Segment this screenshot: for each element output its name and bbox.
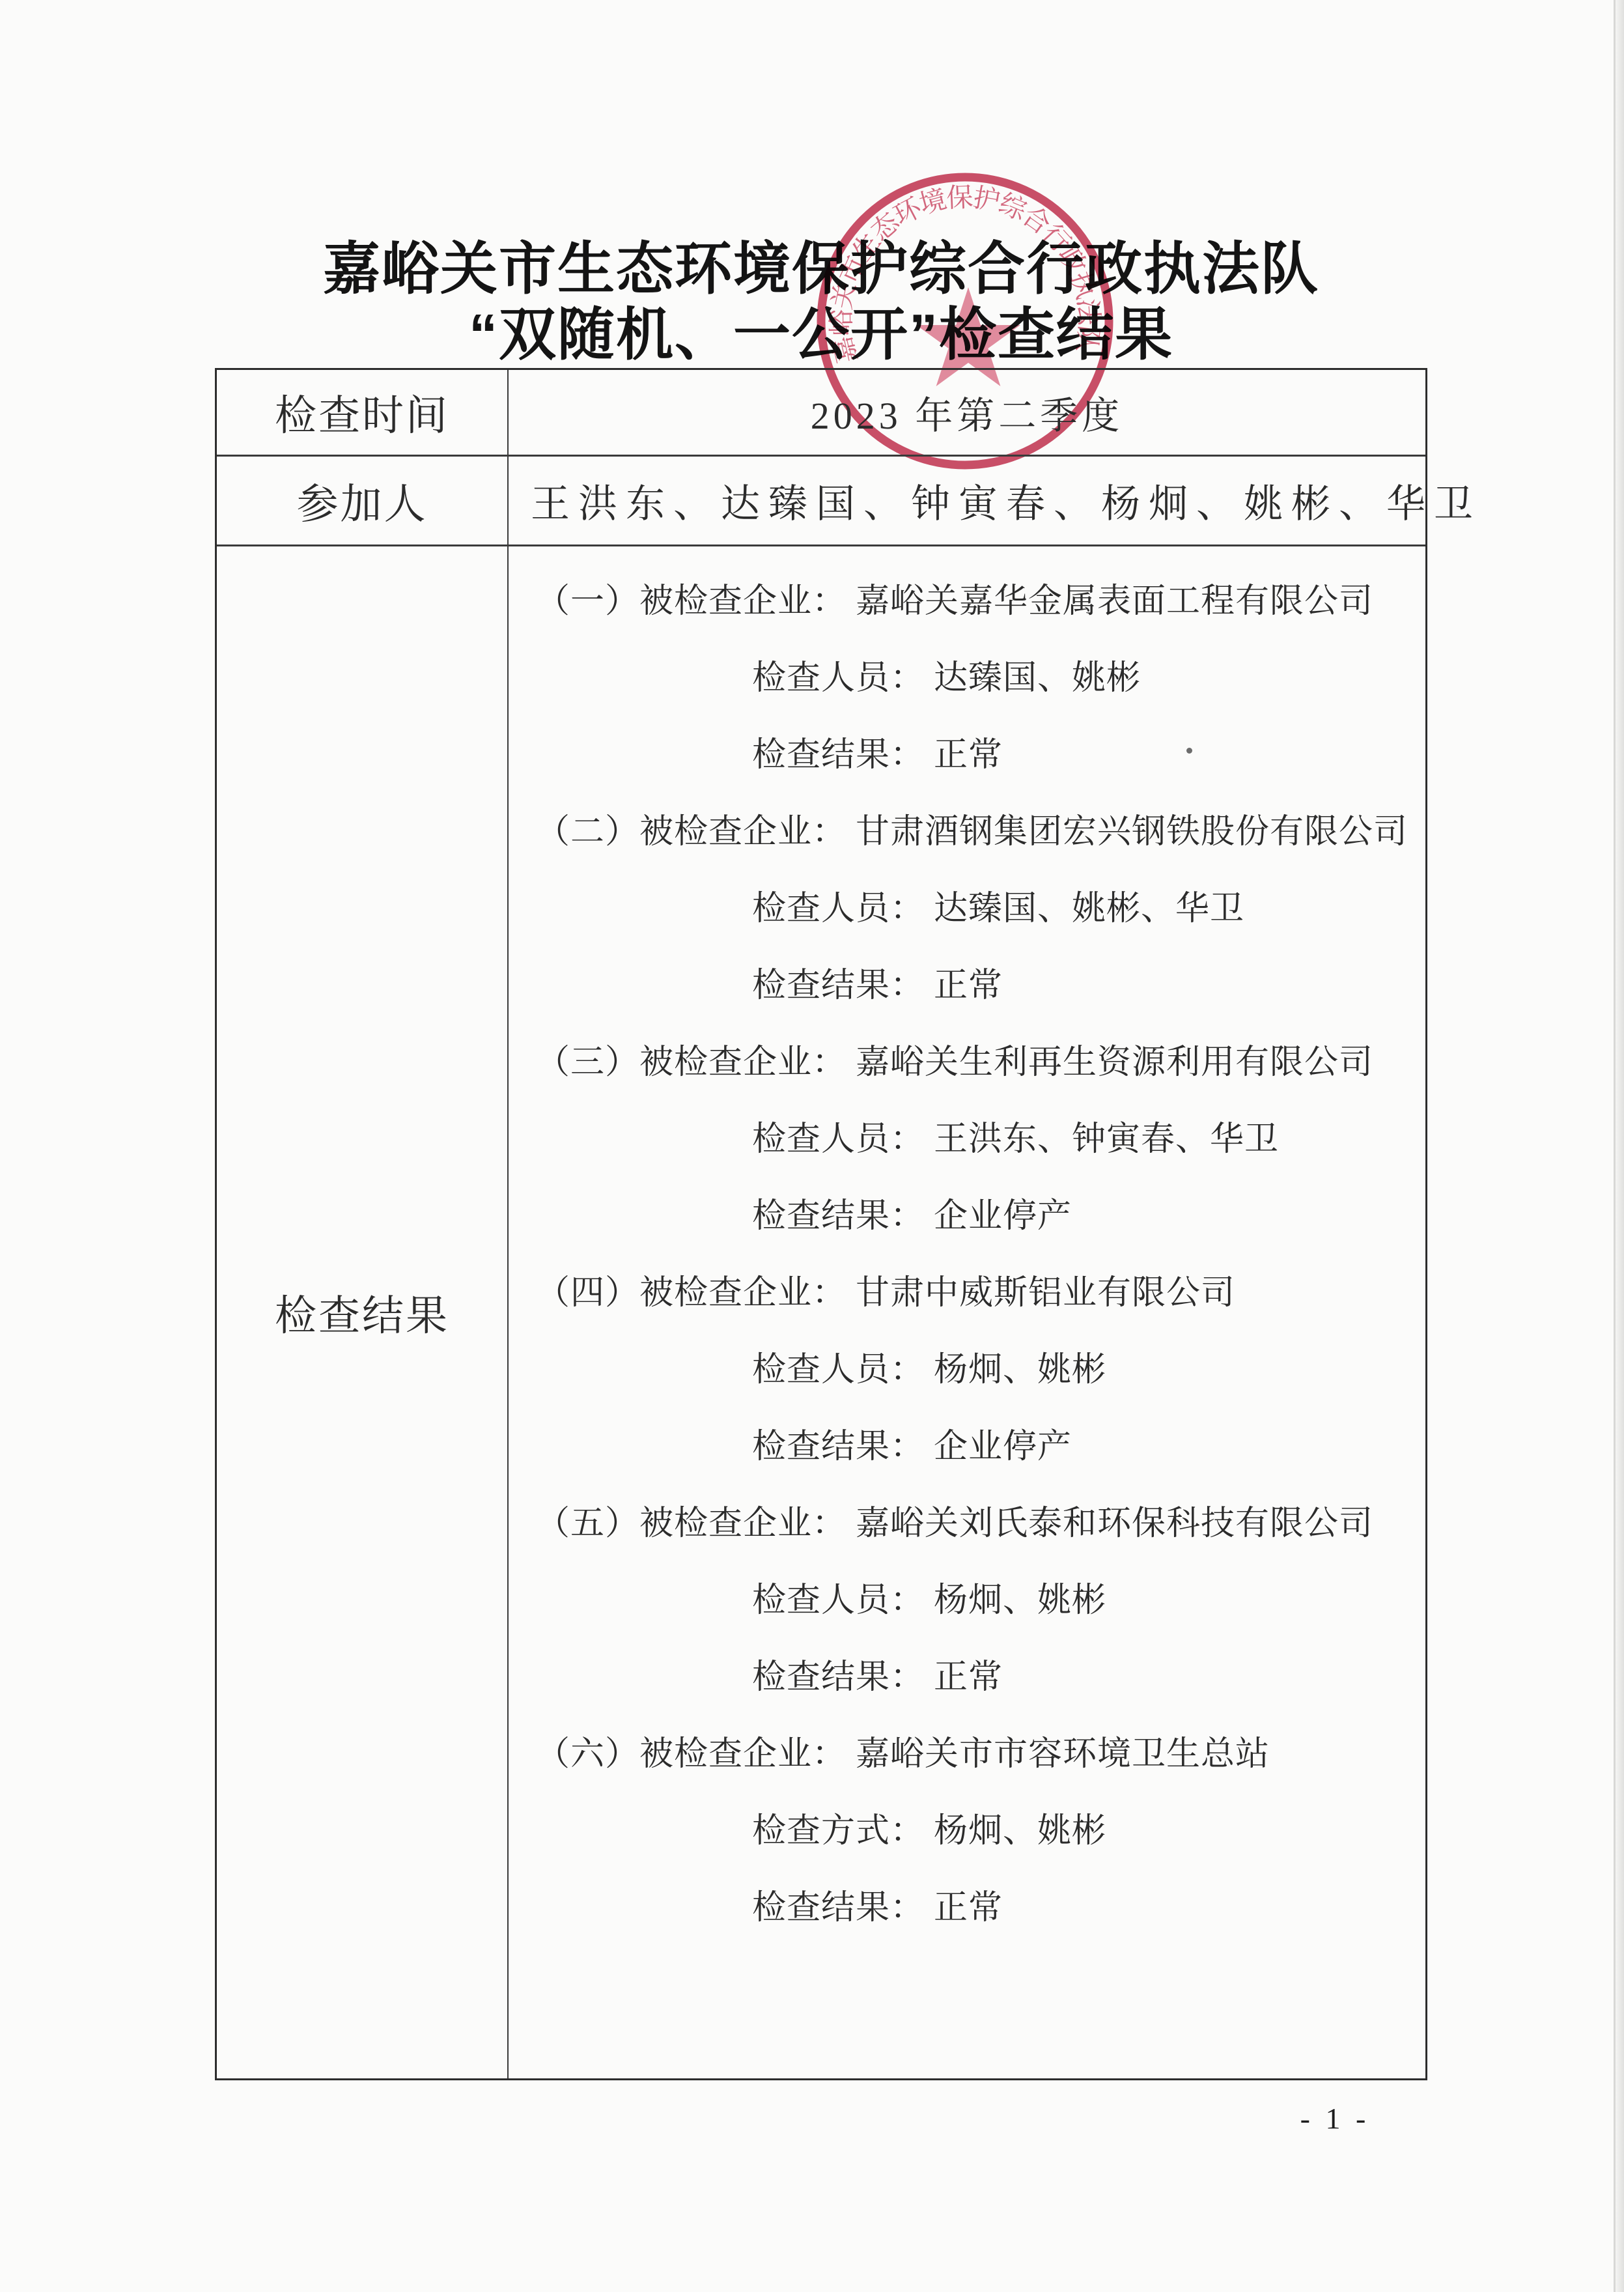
result-item-4-result: 检查结果： 企业停产 (509, 1409, 1425, 1486)
table-row-results: 检查结果 （一）被检查企业： 嘉峪关嘉华金属表面工程有限公司 检查人员： 达臻国… (217, 546, 1425, 2078)
title-line-2: “双随机、一公开”检查结果 (9, 302, 1624, 367)
table-row-time: 检查时间 2023 年第二季度 (217, 370, 1425, 457)
result-item-6-company: （六）被检查企业： 嘉峪关市市容环境卫生总站 (509, 1716, 1425, 1793)
row-results-content: （一）被检查企业： 嘉峪关嘉华金属表面工程有限公司 检查人员： 达臻国、姚彬 检… (509, 546, 1425, 2078)
inspection-table: 检查时间 2023 年第二季度 参加人 王洪东、达臻国、钟寅春、杨炯、姚彬、华卫… (215, 368, 1427, 2080)
document-title: 嘉峪关市生态环境保护综合行政执法队 “双随机、一公开”检查结果 (9, 236, 1624, 367)
row-time-value: 2023 年第二季度 (509, 370, 1425, 455)
result-item-4-inspectors: 检查人员： 杨炯、姚彬 (509, 1332, 1425, 1409)
result-item-3-inspectors: 检查人员： 王洪东、钟寅春、华卫 (509, 1101, 1425, 1178)
ink-speck-artifact (1186, 748, 1192, 754)
title-line-1: 嘉峪关市生态环境保护综合行政执法队 (9, 236, 1624, 302)
result-item-2-result: 检查结果： 正常 (509, 948, 1425, 1025)
table-row-participants: 参加人 王洪东、达臻国、钟寅春、杨炯、姚彬、华卫 (217, 457, 1425, 546)
result-item-2-inspectors: 检查人员： 达臻国、姚彬、华卫 (509, 871, 1425, 948)
result-item-1-inspectors: 检查人员： 达臻国、姚彬 (509, 640, 1425, 717)
result-item-2-company: （二）被检查企业： 甘肃酒钢集团宏兴钢铁股份有限公司 (509, 794, 1425, 871)
result-item-3-result: 检查结果： 企业停产 (509, 1178, 1425, 1255)
result-item-1-result: 检查结果： 正常 (509, 717, 1425, 794)
row-participants-label: 参加人 (217, 457, 509, 545)
row-results-label: 检查结果 (217, 546, 509, 2078)
result-item-6-result: 检查结果： 正常 (509, 1870, 1425, 1947)
page-number: - 1 - (1270, 2101, 1400, 2136)
result-item-5-company: （五）被检查企业： 嘉峪关刘氏泰和环保科技有限公司 (509, 1486, 1425, 1563)
result-item-5-result: 检查结果： 正常 (509, 1639, 1425, 1716)
scanned-document-page: 嘉峪关市生态环境保护综合行政执法队 “双随机、一公开”检查结果 嘉峪关市生态环境… (0, 0, 1624, 2292)
result-item-1-company: （一）被检查企业： 嘉峪关嘉华金属表面工程有限公司 (509, 563, 1425, 640)
row-participants-value: 王洪东、达臻国、钟寅春、杨炯、姚彬、华卫 (509, 457, 1481, 545)
result-item-6-method: 检查方式： 杨炯、姚彬 (509, 1793, 1425, 1870)
result-item-4-company: （四）被检查企业： 甘肃中威斯铝业有限公司 (509, 1255, 1425, 1332)
result-item-3-company: （三）被检查企业： 嘉峪关生利再生资源利用有限公司 (509, 1025, 1425, 1101)
row-time-label: 检查时间 (217, 370, 509, 455)
result-item-5-inspectors: 检查人员： 杨炯、姚彬 (509, 1563, 1425, 1639)
